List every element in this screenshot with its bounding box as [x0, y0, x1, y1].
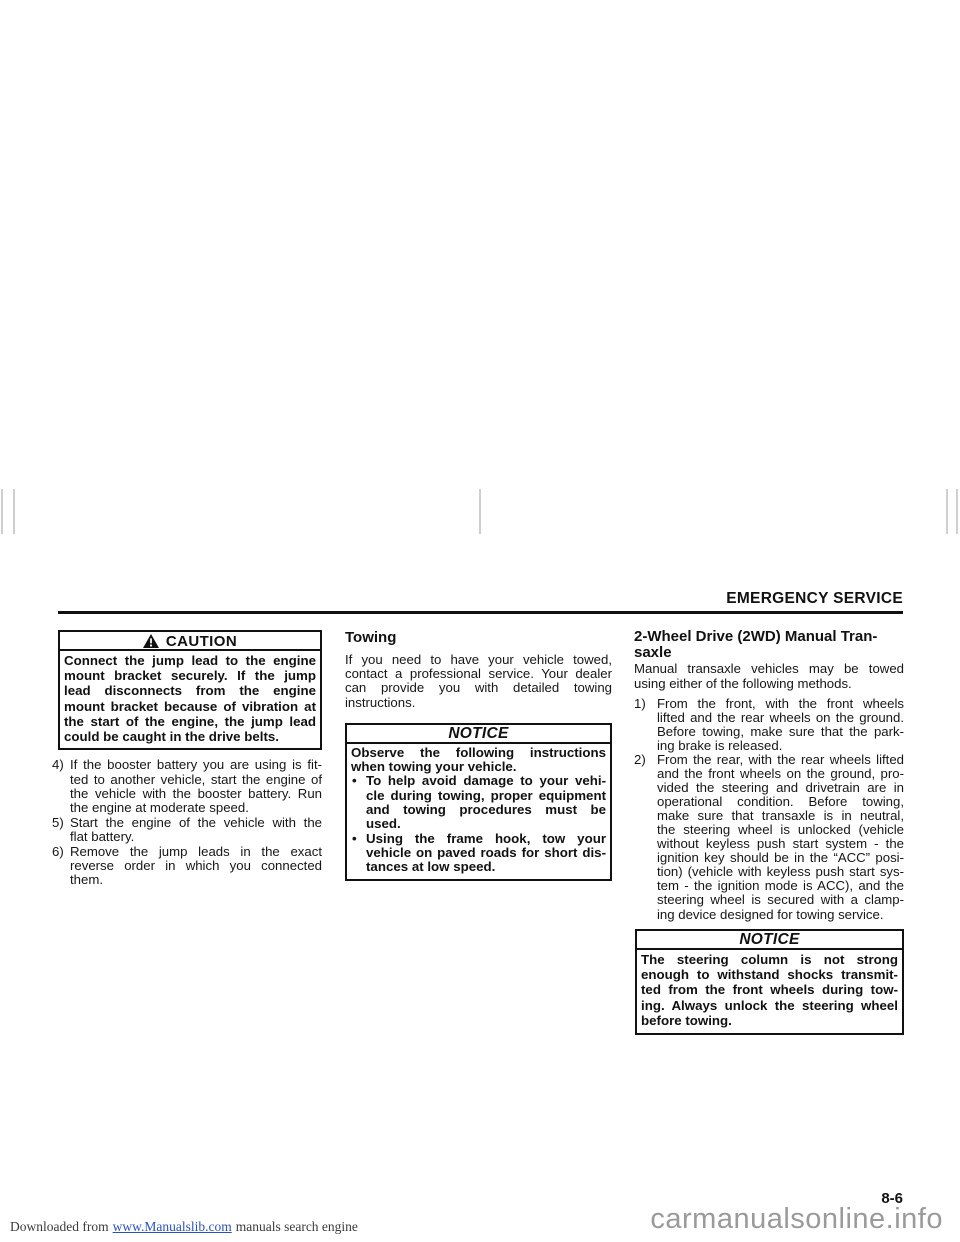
notice-bullet-1: • To help avoid damage to your vehi-cle …: [351, 774, 606, 831]
notice-header: NOTICE: [637, 931, 902, 950]
towing-notice-box: NOTICE Observe the following instruction…: [345, 723, 612, 881]
list-item-number: 2): [634, 753, 646, 767]
crop-mark: [946, 489, 948, 534]
manual-page: EMERGENCY SERVICE CAUTION Connect the ju…: [0, 0, 960, 1242]
watermark-prefix: Downloaded from: [10, 1219, 109, 1234]
header-rule: [58, 611, 903, 614]
watermark-suffix: manuals search engine: [236, 1219, 358, 1234]
bullet-text: Using the frame hook, tow yourvehicle on…: [366, 832, 606, 875]
bullet-text: To help avoid damage to your vehi-cle du…: [366, 774, 606, 831]
list-item-text: Start the engine of the vehicle with the…: [70, 816, 322, 845]
crop-mark: [479, 489, 481, 534]
bullet-marker: •: [352, 774, 357, 788]
notice-title: NOTICE: [739, 931, 799, 949]
carmanualsonline-watermark: carmanualsonline.info: [650, 1203, 943, 1236]
crop-mark: [1, 489, 3, 534]
list-item-text: From the front, with the front wheelslif…: [657, 697, 904, 753]
caution-header: CAUTION: [60, 632, 320, 651]
notice-body: Observe the following instructionswhen t…: [347, 744, 610, 879]
right-column: 2-Wheel Drive (2WD) Manual Tran-saxle Ma…: [634, 629, 904, 1035]
manualslib-link[interactable]: www.Manualslib.com: [113, 1219, 232, 1234]
transaxle-paragraph: Manual transaxle vehicles may be towedus…: [634, 662, 904, 690]
caution-box: CAUTION Connect the jump lead to the eng…: [58, 630, 322, 750]
page-header-title: EMERGENCY SERVICE: [726, 590, 903, 608]
list-item-2: 2) From the rear, with the rear wheels l…: [634, 753, 904, 922]
list-item-number: 1): [634, 697, 646, 711]
jump-start-steps: 4) If the booster battery you are using …: [52, 758, 322, 888]
steering-notice-box: NOTICE The steering column is not strong…: [635, 929, 904, 1035]
list-item-4: 4) If the booster battery you are using …: [52, 758, 322, 816]
bullet-marker: •: [352, 832, 357, 846]
manualslib-watermark: Downloaded fromwww.Manualslib.commanuals…: [10, 1219, 358, 1235]
list-item-text: From the rear, with the rear wheels lift…: [657, 753, 904, 922]
list-item-text: Remove the jump leads in the exactrevers…: [70, 845, 322, 888]
notice-bullet-2: • Using the frame hook, tow yourvehicle …: [351, 832, 606, 875]
notice-body: The steering column is not strongenough …: [637, 950, 902, 1033]
transaxle-heading: 2-Wheel Drive (2WD) Manual Tran-saxle: [634, 629, 904, 660]
notice-header: NOTICE: [347, 725, 610, 744]
list-item-1: 1) From the front, with the front wheels…: [634, 697, 904, 753]
list-item-text: If the booster battery you are using is …: [70, 758, 322, 816]
list-item-5: 5) Start the engine of the vehicle with …: [52, 816, 322, 845]
list-item-6: 6) Remove the jump leads in the exactrev…: [52, 845, 322, 888]
caution-title: CAUTION: [166, 633, 237, 650]
list-item-number: 5): [52, 816, 64, 830]
towing-heading: Towing: [345, 630, 612, 646]
list-item-number: 6): [52, 845, 64, 859]
caution-body: Connect the jump lead to the enginemount…: [60, 651, 320, 748]
notice-intro: Observe the following instructionswhen t…: [351, 746, 606, 775]
middle-column: Towing If you need to have your vehicle …: [345, 630, 612, 881]
warning-triangle-icon: [143, 634, 159, 648]
list-item-number: 4): [52, 758, 64, 772]
crop-mark: [13, 489, 15, 534]
left-column: CAUTION Connect the jump lead to the eng…: [52, 630, 322, 888]
notice-title: NOTICE: [448, 725, 508, 743]
towing-methods-list: 1) From the front, with the front wheels…: [634, 697, 904, 922]
towing-paragraph: If you need to have your vehicle towed,c…: [345, 653, 612, 710]
crop-mark: [956, 489, 958, 534]
